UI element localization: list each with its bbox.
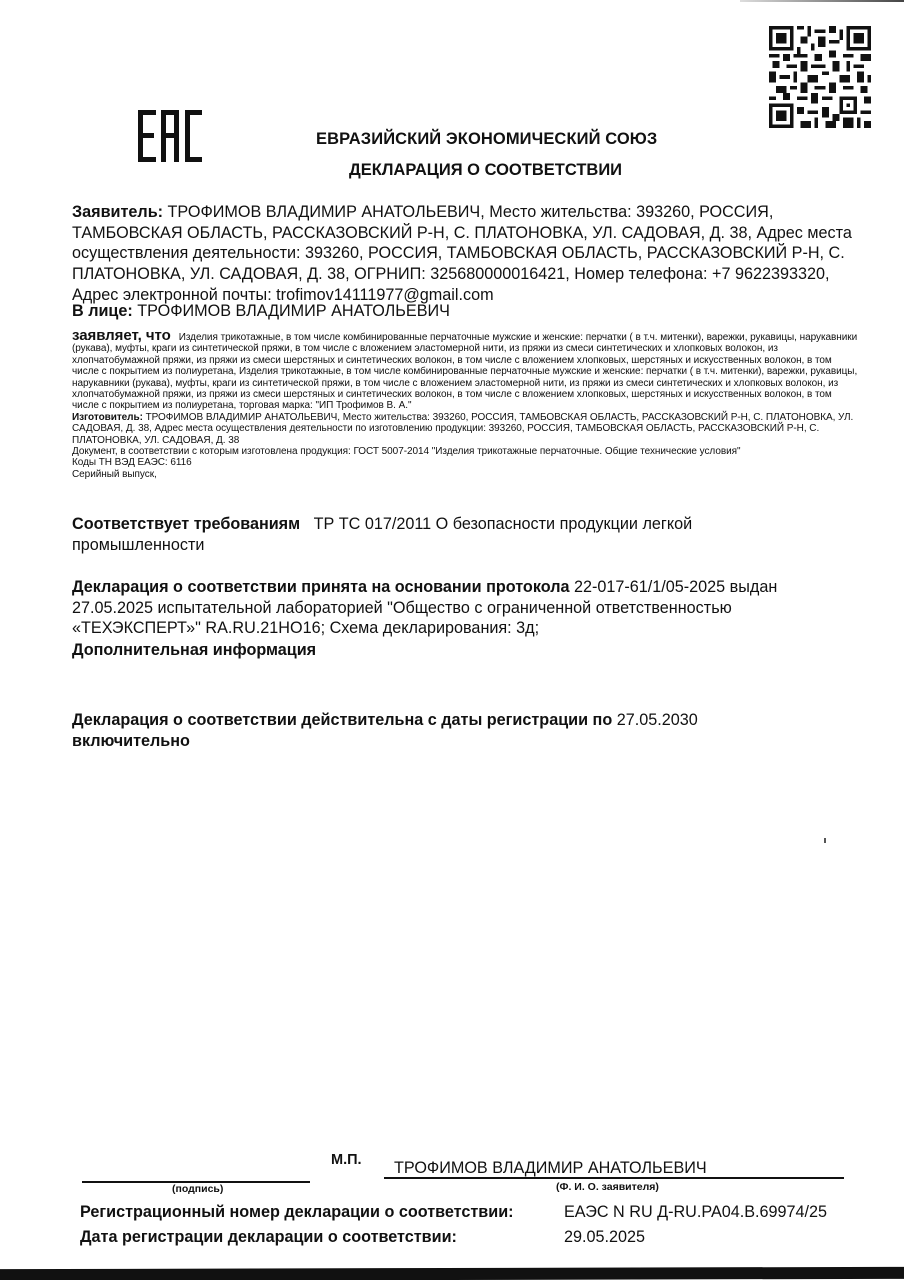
registration-number: ЕАЭС N RU Д-RU.PA04.B.69974/25 [564, 1203, 827, 1222]
requirements-label: Соответствует требованиям [72, 515, 300, 533]
applicant-label: Заявитель: [72, 203, 163, 221]
validity-suffix: включительно [72, 732, 190, 750]
protocol-label: Декларация о соответствии принята на осн… [72, 578, 569, 596]
scan-edge-top [740, 0, 904, 2]
registration-date: 29.05.2025 [564, 1228, 645, 1247]
manufacturer-label: Изготовитель: [72, 412, 143, 423]
document-title: ДЕКЛАРАЦИЯ О СООТВЕТСТВИИ [349, 161, 622, 180]
manufacturer-text: ТРОФИМОВ ВЛАДИМИР АНАТОЛЬЕВИЧ, Место жит… [72, 412, 853, 446]
additional-info-heading: Дополнительная информация [72, 641, 862, 660]
name-caption: (Ф. И. О. заявителя) [556, 1181, 659, 1193]
validity-label: Декларация о соответствии действительна … [72, 711, 612, 729]
product-text: Изделия трикотажные, в том числе комбини… [72, 332, 857, 411]
qr-code-icon [768, 26, 872, 128]
represented-by-section: В лице: ТРОФИМОВ ВЛАДИМИР АНАТОЛЬЕВИЧ [72, 302, 862, 321]
registration-number-label: Регистрационный номер декларации о соотв… [80, 1203, 514, 1222]
serial-release: Серийный выпуск, [72, 469, 858, 480]
declares-label: заявляет, что [72, 327, 171, 344]
scan-speck [824, 838, 826, 843]
product-description: заявляет, чтоИзделия трикотажные, в том … [72, 330, 858, 412]
validity-section: Декларация о соответствии действительна … [72, 710, 772, 751]
manufacturer: Изготовитель: ТРОФИМОВ ВЛАДИМИР АНАТОЛЬЕ… [72, 412, 858, 446]
standard-document: Документ, в соответствии с которым изгот… [72, 446, 858, 457]
represented-by-label: В лице: [72, 302, 133, 320]
union-heading: ЕВРАЗИЙСКИЙ ЭКОНОМИЧЕСКИЙ СОЮЗ [316, 130, 657, 149]
applicant-section: Заявитель: ТРОФИМОВ ВЛАДИМИР АНАТОЛЬЕВИЧ… [72, 202, 862, 306]
represented-by-value: ТРОФИМОВ ВЛАДИМИР АНАТОЛЬЕВИЧ [137, 302, 450, 320]
applicant-name-signed: ТРОФИМОВ ВЛАДИМИР АНАТОЛЬЕВИЧ [394, 1159, 707, 1178]
applicant-details: ТРОФИМОВ ВЛАДИМИР АНАТОЛЬЕВИЧ, Место жит… [72, 203, 852, 304]
declaration-details: заявляет, чтоИзделия трикотажные, в том … [72, 330, 858, 480]
eac-mark-icon [138, 110, 204, 162]
requirements-section: Соответствует требованиям ТР ТС 017/2011… [72, 514, 752, 555]
signature-caption: (подпись) [172, 1183, 223, 1195]
customs-codes: Коды ТН ВЭД ЕАЭС: 6116 [72, 457, 858, 468]
stamp-label: М.П. [331, 1152, 362, 1168]
scan-edge-bottom [0, 1267, 904, 1280]
registration-date-label: Дата регистрации декларации о соответств… [80, 1228, 457, 1247]
protocol-section: Декларация о соответствии принята на осн… [72, 577, 792, 639]
validity-date: 27.05.2030 [617, 711, 698, 729]
name-line [384, 1177, 844, 1179]
